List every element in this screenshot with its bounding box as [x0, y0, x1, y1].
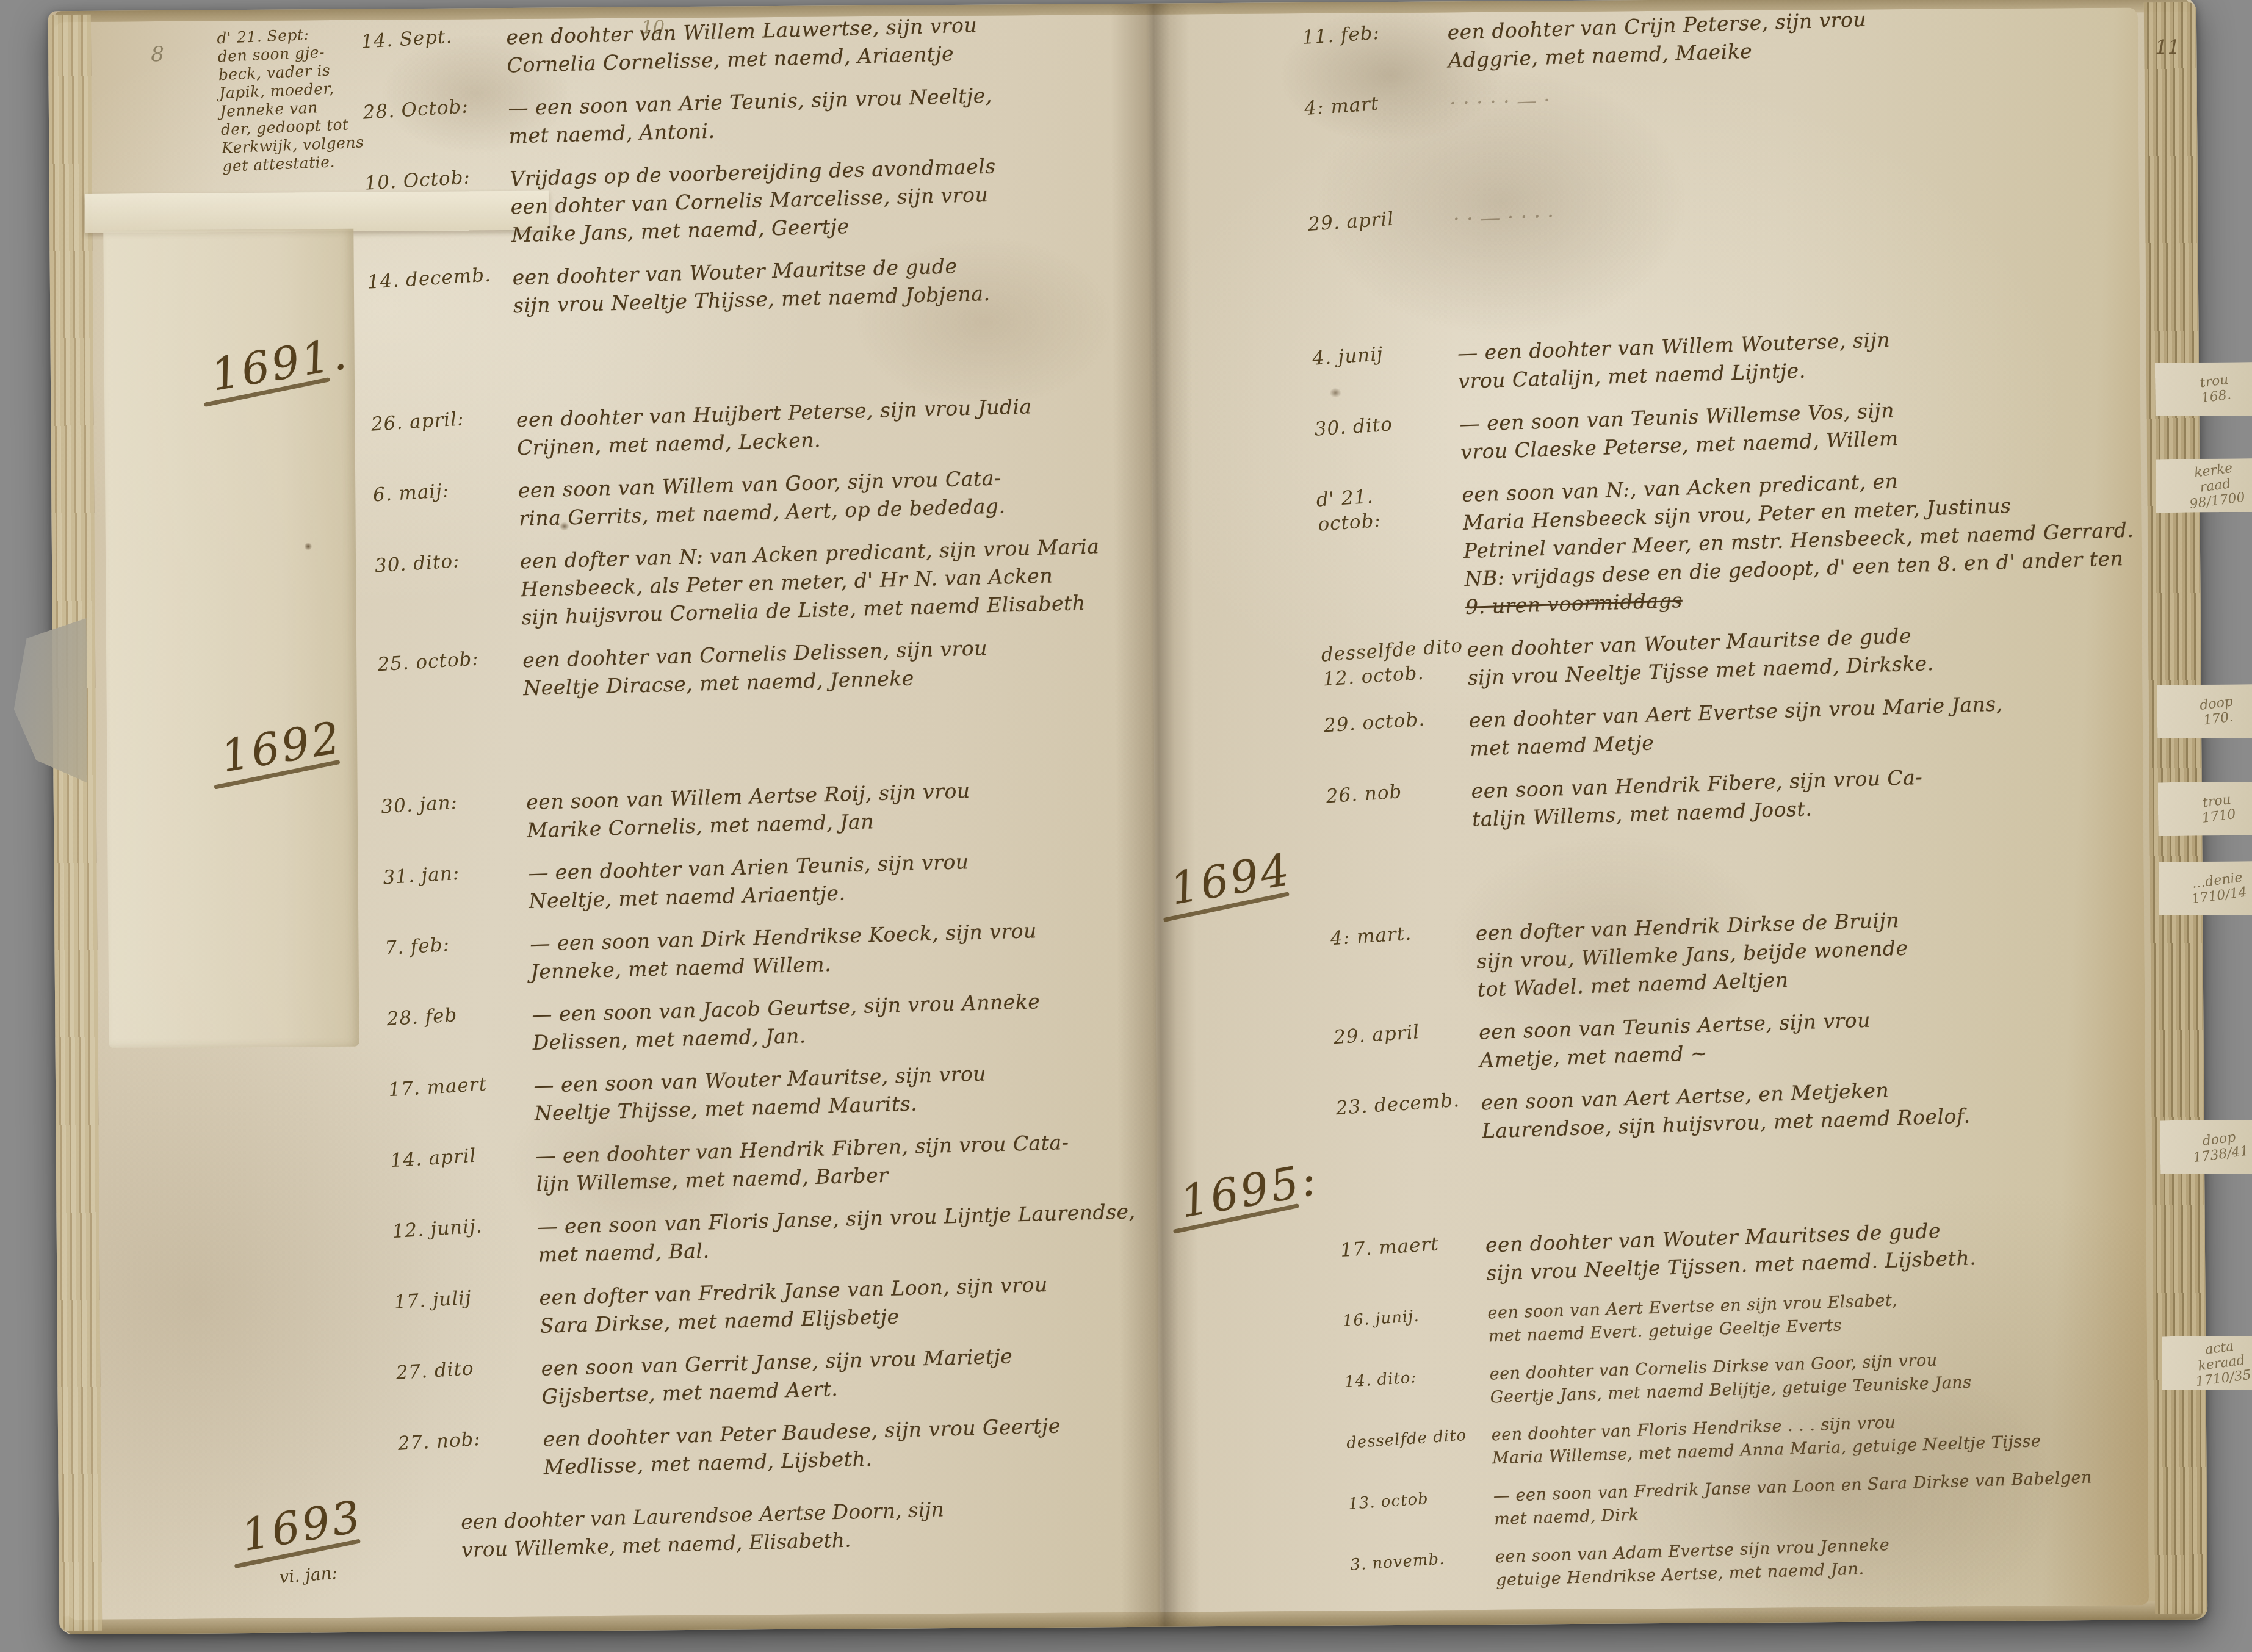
- left-page-entries: 14. Sept.een doohter van Willem Lauwerts…: [361, 7, 1189, 1598]
- register-entry: 23. decemb.een soon van Aert Aertse, en …: [1335, 1067, 2191, 1150]
- binding-strap-tail: [13, 618, 88, 784]
- entry-date: 7. feb:: [384, 928, 530, 961]
- entry-date: desselfde dito: [1346, 1421, 1492, 1455]
- left-page-corner-number: 8: [151, 42, 164, 67]
- register-entry: 17. maerteen doohter van Wouter Mauritse…: [1340, 1209, 2195, 1292]
- parchment-index-tab: kerke raad 98/1700: [2156, 458, 2252, 513]
- entry-date: 26. nob: [1326, 775, 1472, 809]
- register-entry: 27. ditoeen soon van Gerrit Janse, sijn …: [395, 1338, 1184, 1415]
- entry-text: een doohter van Cornelis Dirkse van Goor…: [1489, 1341, 2200, 1409]
- entry-date: 13. octob: [1348, 1482, 1494, 1517]
- register-entry: 14. april— een doohter van Hendrik Fibre…: [390, 1125, 1178, 1202]
- parchment-index-tab: doop 170.: [2157, 684, 2252, 738]
- entry-date: 3. novemb.: [1349, 1543, 1496, 1578]
- register-entry: 30. dito:een dofter van N: van Acken pre…: [374, 531, 1163, 636]
- entry-date: 14. april: [389, 1140, 536, 1173]
- entry-text: — een doohter van Hendrik Fibren, sijn v…: [535, 1125, 1178, 1199]
- register-entry: 14. decemb.een doohter van Wouter Maurit…: [367, 247, 1155, 324]
- register-entry: 26. april:een doohter van Huijbert Peter…: [370, 389, 1159, 466]
- parchment-index-tab: trou 168.: [2155, 362, 2252, 416]
- register-entry: 31. jan:— een doohter van Arien Teunis, …: [383, 843, 1171, 920]
- entry-text: — een soon van Floris Janse, sijn vrou L…: [537, 1196, 1180, 1269]
- index-tab-label: trou 1710: [2199, 792, 2237, 826]
- register-entry: 29. octob.een doohter van Aert Evertse s…: [1323, 684, 2179, 767]
- entry-text: — een soon van Arie Teunis, sijn vrou Ne…: [508, 78, 1151, 151]
- entry-text: — een soon van Teunis Willemse Vos, sijn…: [1459, 388, 2170, 466]
- entry-text: — een doohter van Arien Teunis, sijn vro…: [528, 843, 1171, 916]
- entry-text: een doohter van Wouter Mauritse de gudes…: [1467, 614, 2177, 692]
- index-tab-label: kerke raad 98/1700: [2185, 459, 2246, 511]
- entry-date: 31. jan:: [382, 857, 529, 890]
- entry-text: — een soon van Dirk Hendrikse Koeck, sij…: [530, 913, 1173, 986]
- entry-date: 28. Octob:: [362, 92, 508, 124]
- entry-date: 29. octob.: [1323, 704, 1470, 738]
- entry-text: een dofter van N: van Acken predicant, s…: [519, 531, 1163, 632]
- entry-date: 14. decemb.: [367, 261, 513, 294]
- index-tab-label: acta keraad 1710/35: [2191, 1336, 2252, 1389]
- register-entry: 28. feb— een soon van Jacob Geurtse, sij…: [386, 984, 1175, 1061]
- register-entry: 14. dito:een doohter van Cornelis Dirkse…: [1344, 1341, 2200, 1414]
- entry-date: 12. junij.: [391, 1211, 538, 1244]
- entry-text-line: · · · · · — ·: [1449, 67, 2159, 117]
- entry-date: 16. junij.: [1342, 1299, 1489, 1333]
- entry-text: een doohter van Huijbert Peterse, sijn v…: [516, 389, 1159, 463]
- entry-text: een dofter van Hendrik Dirkse de Bruijns…: [1475, 897, 2187, 1003]
- entry-date: 25. octob:: [377, 644, 523, 677]
- register-entry: 7. feb:— een soon van Dirk Hendrikse Koe…: [384, 913, 1173, 990]
- parchment-index-tab: doop 1738/41: [2160, 1120, 2252, 1174]
- entry-text: — een doohter van Willem Wouterse, sijnv…: [1457, 317, 2167, 395]
- parchment-index-tab: …denie 1710/14: [2159, 861, 2252, 915]
- register-entry: 13. octob— een soon van Fredrik Janse va…: [1348, 1463, 2203, 1536]
- entry-date: 6. maij:: [372, 474, 519, 507]
- right-page-top-number: 11: [2155, 35, 2180, 59]
- entry-text: een soon van Aert Aertse, en MetjekenLau…: [1481, 1067, 2191, 1145]
- manuscript-scan: 8 10 11 d' 21. Sept:den soon gje-beck, v…: [0, 0, 2252, 1652]
- entry-date: 17. julij: [394, 1282, 540, 1315]
- register-entry: 29. aprileen soon van Teunis Aertse, sij…: [1333, 996, 2189, 1079]
- register-entry: 17. julijeen dofter van Fredrik Janse va…: [394, 1267, 1182, 1344]
- register-entry: 27. nob:een doohter van Peter Baudese, s…: [397, 1409, 1186, 1485]
- entry-date: 4. junij: [1312, 337, 1458, 371]
- entry-date: 29. april: [1333, 1016, 1479, 1050]
- entry-date: 17. maert: [388, 1069, 534, 1102]
- entry-date: d' 21. octob:: [1316, 478, 1464, 537]
- entry-text-line: · · — · · · ·: [1453, 183, 2162, 233]
- entry-date: 14. dito:: [1344, 1360, 1490, 1394]
- entry-text: een doohter van Peter Baudese, sijn vrou…: [543, 1409, 1186, 1482]
- entry-date: 28. feb: [386, 998, 532, 1031]
- index-tab-label: …denie 1710/14: [2189, 870, 2248, 907]
- entry-text: een soon van N:, van Acken predicant, en…: [1462, 459, 2175, 621]
- entry-text: een soon van Aert Evertse en sijn vrou E…: [1487, 1280, 2198, 1348]
- register-entry: 29. april· · — · · · ·: [1308, 183, 2163, 238]
- entry-date: 4: mart: [1304, 87, 1450, 121]
- register-book: 8 10 11 d' 21. Sept:den soon gje-beck, v…: [48, 0, 2207, 1634]
- entry-text: · · · · · — ·: [1449, 67, 2159, 117]
- entry-text: een soon van Gerrit Janse, sijn vrou Mar…: [541, 1338, 1184, 1411]
- register-entry: 10. Octob:Vrijdags op de voorbereijding …: [364, 148, 1153, 253]
- register-entry: 26. nobeen soon van Hendrik Fibere, sijn…: [1326, 755, 2181, 838]
- entry-date: 17. maert: [1340, 1228, 1486, 1263]
- entry-date: 4: mart.: [1330, 917, 1476, 951]
- year-entry-text: een doohter van Laurendsoe Aertse Doorn,…: [460, 1481, 1188, 1564]
- index-tab-label: doop 1738/41: [2190, 1128, 2250, 1166]
- entry-date: 30. dito: [1314, 408, 1460, 442]
- entry-text: een doohter van Wouter Mauritses de gude…: [1485, 1209, 2195, 1287]
- register-entry: 6. maij:een soon van Willem van Goor, si…: [372, 460, 1161, 537]
- register-entry: 4: mart· · · · · — ·: [1304, 67, 2159, 122]
- entry-text: Vrijdags op de voorbereijding des avondm…: [510, 148, 1153, 249]
- entry-text: een doohter van Cornelis Delissen, sijn …: [522, 630, 1166, 703]
- entry-date: 30. dito:: [374, 545, 521, 578]
- entry-date: 23. decemb.: [1335, 1087, 1482, 1121]
- entry-date: 26. april:: [370, 403, 517, 436]
- entry-text: een soon van Willem Aertse Roij, sijn vr…: [526, 772, 1169, 845]
- register-entry: 16. junij.een soon van Aert Evertse en s…: [1342, 1280, 2198, 1353]
- register-entry: 28. Octob:— een soon van Arie Teunis, si…: [363, 78, 1151, 154]
- entry-date: 10. Octob:: [364, 162, 511, 195]
- entry-text: een doohter van Aert Evertse sijn vrou M…: [1468, 684, 2179, 762]
- register-entry: 25. octob:een doohter van Cornelis Delis…: [377, 630, 1166, 707]
- entry-text: — een soon van Wouter Mauritse, sijn vro…: [533, 1055, 1177, 1128]
- entry-text: een soon van Hendrik Fibere, sijn vrou C…: [1471, 755, 2181, 833]
- entry-text: — een soon van Fredrik Janse van Loon en…: [1493, 1463, 2203, 1531]
- register-entry: desselfde dito 12. octob.een doohter van…: [1321, 614, 2177, 697]
- parchment-index-tab: acta keraad 1710/35: [2162, 1336, 2252, 1390]
- entry-text: · · — · · · ·: [1453, 183, 2162, 233]
- entry-text: een soon van Willem van Goor, sijn vrou …: [518, 460, 1161, 533]
- index-tab-label: doop 170.: [2199, 694, 2236, 729]
- right-page-entries: 11. feb:een doohter van Crijn Peterse, s…: [1302, 0, 2206, 1612]
- entry-text: — een soon van Jacob Geurtse, sijn vrou …: [532, 984, 1175, 1057]
- register-entry: 4. junij— een doohter van Willem Wouters…: [1312, 317, 2167, 400]
- register-entry: 12. junij.— een soon van Floris Janse, s…: [392, 1196, 1180, 1273]
- register-entry: d' 21. octob:een soon van N:, van Acken …: [1316, 459, 2175, 626]
- entry-date: 27. nob:: [397, 1423, 544, 1456]
- index-tab-label: trou 168.: [2198, 372, 2232, 406]
- entry-date: desselfde dito 12. octob.: [1321, 633, 1469, 692]
- entry-text: een soon van Adam Evertse sijn vrou Jenn…: [1495, 1524, 2205, 1592]
- entry-date: 29. april: [1307, 203, 1454, 237]
- entry-text: een doohter van Wouter Mauritse de gudes…: [512, 247, 1155, 320]
- entry-text: een soon van Teunis Aertse, sijn vrouAme…: [1478, 996, 2189, 1074]
- entry-date: 27. dito: [395, 1352, 542, 1385]
- entry-date: 30. jan:: [380, 786, 527, 819]
- register-entry: 3. novemb.een soon van Adam Evertse sijn…: [1350, 1524, 2206, 1597]
- entry-text: een doohter van Floris Hendrikse . . . s…: [1491, 1402, 2201, 1470]
- parchment-index-tab: trou 1710: [2158, 782, 2252, 836]
- register-entry: 30. jan:een soon van Willem Aertse Roij,…: [381, 772, 1169, 849]
- register-entry: desselfde ditoeen doohter van Floris Hen…: [1346, 1402, 2201, 1475]
- register-entry: 17. maert— een soon van Wouter Mauritse,…: [388, 1055, 1177, 1131]
- register-entry: 30. dito— een soon van Teunis Willemse V…: [1314, 388, 2170, 471]
- register-entry: 4: mart.een dofter van Hendrik Dirkse de…: [1330, 897, 2187, 1008]
- entry-text: een dofter van Fredrik Janse van Loon, s…: [539, 1267, 1182, 1340]
